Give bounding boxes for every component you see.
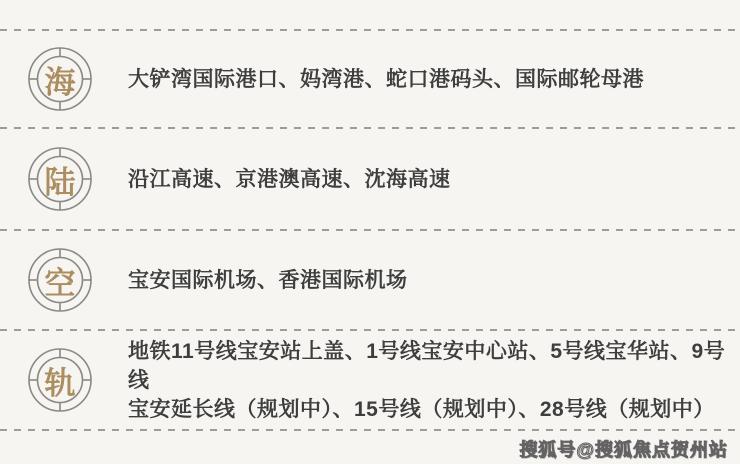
rail-routes-line-2: 宝安延长线（规划中）、15号线（规划中）、28号线（规划中） [128,395,726,424]
rail-icon: 轨 [26,346,94,414]
watermark: 搜狐号@搜狐焦点贺州站 [519,436,728,462]
air-routes-text: 宝安国际机场、香港国际机场 [128,266,408,295]
row-air: 空 宝安国际机场、香港国际机场 [0,231,740,329]
land-routes-text: 沿江高速、京港澳高速、沈海高速 [128,165,451,194]
rail-icon-label: 轨 [26,346,94,414]
sea-icon-label: 海 [26,45,94,113]
top-spacer [0,0,740,29]
transport-infographic: 海 大铲湾国际港口、妈湾港、蛇口港码头、国际邮轮母港 陆 沿江高速、京港澳高速、 [0,0,740,464]
land-routes-line: 沿江高速、京港澳高速、沈海高速 [128,165,451,194]
air-icon: 空 [26,246,94,314]
row-rail: 轨 地铁11号线宝安站上盖、1号线宝安中心站、5号线宝华站、9号线 宝安延长线（… [0,331,740,429]
sea-routes-line: 大铲湾国际港口、妈湾港、蛇口港码头、国际邮轮母港 [128,65,644,94]
sea-routes-text: 大铲湾国际港口、妈湾港、蛇口港码头、国际邮轮母港 [128,65,644,94]
row-land: 陆 沿江高速、京港澳高速、沈海高速 [0,129,740,229]
rail-routes-line-1: 地铁11号线宝安站上盖、1号线宝安中心站、5号线宝华站、9号线 [128,337,726,395]
sea-icon: 海 [26,45,94,113]
land-icon-label: 陆 [26,145,94,213]
land-icon: 陆 [26,145,94,213]
air-icon-label: 空 [26,246,94,314]
row-sea: 海 大铲湾国际港口、妈湾港、蛇口港码头、国际邮轮母港 [0,31,740,127]
air-routes-line: 宝安国际机场、香港国际机场 [128,266,408,295]
dashed-divider [0,429,740,431]
rail-routes-text: 地铁11号线宝安站上盖、1号线宝安中心站、5号线宝华站、9号线 宝安延长线（规划… [128,337,726,424]
